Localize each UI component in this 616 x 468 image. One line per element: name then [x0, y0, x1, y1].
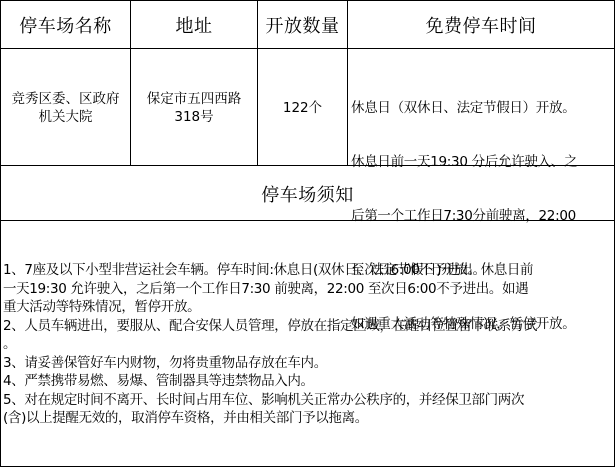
notice-line: 5、对在规定时间不离开、长时间占用车位、影响机关正常办公秩序的，并经保卫部门两次: [3, 391, 615, 410]
notice-line: 1、7座及以下小型非营运社会车辆。停车时间:休息日(双休日、法定节假日)开放。休…: [3, 261, 615, 280]
notice-line: 2、人员车辆进出，要服从、配合安保人员管理，停放在指定区域，在醒目位置留下联系方…: [3, 317, 615, 336]
notice-body: 1、7座及以下小型非营运社会车辆。停车时间:休息日(双休日、法定节假日)开放。休…: [3, 261, 615, 428]
cell-address: 保定市五四西路 318号: [131, 50, 257, 165]
header-capacity: 开放数量: [258, 1, 347, 49]
free-time-line-1: 休息日（双休日、法定节假日）开放。: [351, 99, 613, 117]
cell-capacity: 122个: [258, 50, 347, 165]
parking-name-line-1: 竞秀区委、区政府: [12, 90, 120, 108]
notice-line: 一天19:30 允许驶入，之后第一个工作日7:30 前驶离，22:00 至次日6…: [3, 280, 615, 299]
parking-name-line-2: 机关大院: [39, 108, 93, 126]
header-parking-name: 停车场名称: [1, 1, 130, 49]
notice-line: 4、严禁携带易燃、易爆、管制器具等违禁物品入内。: [3, 372, 615, 391]
address-line-2: 318号: [174, 108, 213, 126]
header-address: 地址: [131, 1, 257, 49]
address-line-1: 保定市五四西路: [147, 90, 242, 108]
notice-line: 3、请妥善保管好车内财物，勿将贵重物品存放在车内。: [3, 354, 615, 373]
cell-parking-name: 竞秀区委、区政府 机关大院: [1, 50, 130, 165]
header-free-time: 免费停车时间: [348, 1, 614, 49]
notice-line: 。: [3, 335, 615, 354]
notice-line: (含)以上提醒无效的，取消停车资格，并由相关部门予以拖离。: [3, 409, 615, 428]
notice-title: 停车场须知: [0, 167, 615, 221]
notice-line: 重大活动等特殊情况，暂停开放。: [3, 298, 615, 317]
